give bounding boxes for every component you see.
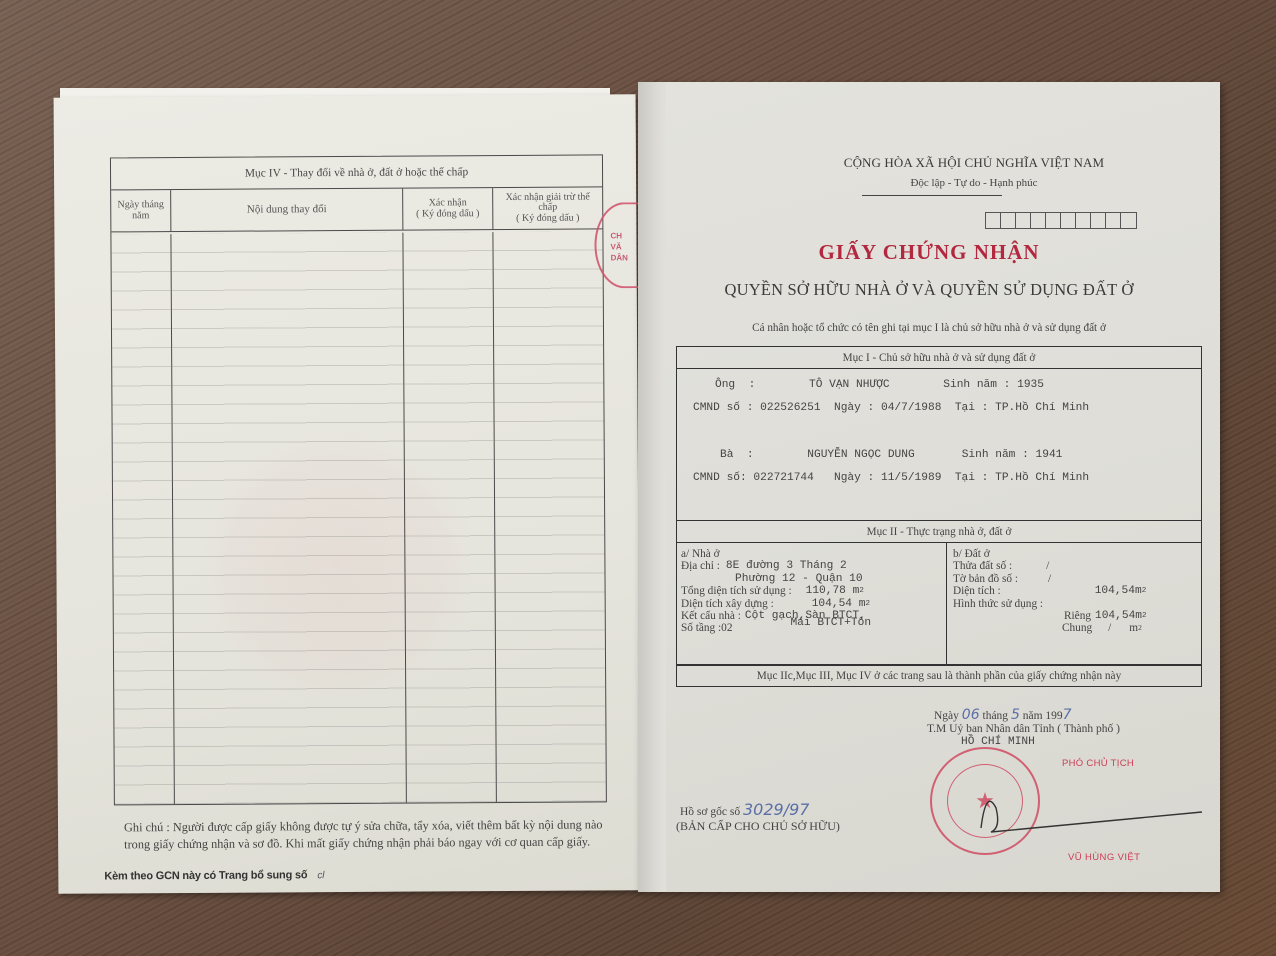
certificate-title: GIẤY CHỨNG NHẬN [638,240,1220,265]
col-date-header: Ngày thángnăm [111,190,171,231]
date-column [111,234,174,804]
certificate-subtitle: QUYỀN SỞ HỮU NHÀ Ở VÀ QUYỀN SỬ DỤNG ĐẤT … [638,280,1220,300]
col-confirm-header: Xác nhận( Ký đóng dấu ) [403,188,493,230]
owner2-id-row: CMND số: 022721744 Ngày : 11/5/1989 Tại … [693,472,1089,484]
signer-position: PHÓ CHỦ TỊCH [1062,758,1134,769]
confirm-column [403,232,496,803]
content-column [171,233,406,804]
col-mortgage-release-header: Xác nhận giải trừ thế chấp( Ký đóng dấu … [493,187,602,229]
dossier-number: Hồ sơ gốc số 3029/97 [680,800,809,819]
issuer-authority: T.M Uỷ ban Nhân dân Tỉnh ( Thành phố ) [927,723,1120,735]
section4-header-row: Ngày thángnăm Nội dung thay đổi Xác nhận… [111,187,602,232]
owner1-name-row: Ông : TÔ VẠN NHƯỢC Sinh năm : 1935 [715,379,1044,391]
section1-title: Mục I - Chủ sở hữu nhà ở và sử dụng đất … [677,347,1201,369]
section2-property-box: Mục II - Thực trạng nhà ở, đất ở a/ Nhà … [676,520,1202,665]
section2-title: Mục II - Thực trạng nhà ở, đất ở [677,521,1201,543]
usage-form-field: Hình thức sử dụng : [953,598,1201,610]
certificate-description: Cá nhân hoặc tổ chức có tên ghi tại mục … [638,322,1220,334]
section-footer-note: Mục IIc,Mục III, Mục IV ở các trang sau … [676,665,1202,687]
attachment-note: Kèm theo GCN này có Trang bổ sung sốcl [104,869,324,882]
floors-field: Số tầng :02Mái BTCT+Tôn [681,622,946,634]
address-field: Địa chỉ :8E đường 3 Tháng 2 [681,560,946,572]
build-area-field: Diện tích xây dựng :104,54 m2 [681,598,946,610]
issuer-city: HỒ CHÍ MINH [961,736,1035,748]
owner1-id-row: CMND số : 022526251 Ngày : 04/7/1988 Tại… [693,402,1089,414]
national-header: CỘNG HÒA XÃ HỘI CHỦ NGHĨA VIỆT NAM [638,155,1220,171]
private-usage-field: Riêng104,54m2 [953,610,1201,622]
issue-month: 5 [1011,707,1020,723]
national-motto: Độc lập - Tự do - Hạnh phúc [638,177,1220,189]
signature-mark [976,798,1206,838]
col-content-header: Nội dung thay đổi [171,189,403,231]
book-spine [638,82,666,892]
right-page-certificate: CỘNG HÒA XÃ HỘI CHỦ NGHĨA VIỆT NAM Độc l… [638,82,1220,892]
copy-designation: (BẢN CẤP CHO CHỦ SỞ HỮU) [676,819,840,834]
section1-owners-box: Mục I - Chủ sở hữu nhà ở và sử dụng đất … [676,346,1202,521]
left-page: Mục IV - Thay đổi về nhà ở, đất ở hoặc t… [54,94,641,894]
issue-day: 06 [962,707,980,723]
plot-number-field: Thửa đất số :/ [953,560,1201,572]
issue-date: Ngày 06 tháng 5 năm 1997 [934,707,1072,723]
issue-year-digit: 7 [1063,707,1072,723]
mortgage-release-column [493,231,605,802]
owner2-name-row: Bà : NGUYỄN NGỌC DUNG Sinh năm : 1941 [720,449,1062,461]
signer-name: VŨ HÙNG VIỆT [1068,852,1140,863]
shared-usage-field: Chung/m2 [953,622,1201,634]
map-sheet-field: Tờ bản đồ số :/ [953,573,1201,585]
section2-grid: a/ Nhà ở Địa chỉ :8E đường 3 Tháng 2 Phư… [677,543,1201,665]
section4-title: Mục IV - Thay đổi về nhà ở, đất ở hoặc t… [111,155,602,190]
land-area-field: Diện tích :104,54m2 [953,585,1201,597]
attachment-handwriting: cl [317,870,324,881]
house-details: a/ Nhà ở Địa chỉ :8E đường 3 Tháng 2 Phư… [677,543,947,665]
note-text: Ghi chú : Người được cấp giấy không được… [124,816,614,853]
serial-number-boxes [985,212,1137,229]
section4-body [111,231,605,804]
motto-underline [862,195,1002,196]
section4-changes-table: Mục IV - Thay đổi về nhà ở, đất ở hoặc t… [110,154,607,805]
land-details: b/ Đất ở Thửa đất số :/ Tờ bản đồ số :/ … [947,543,1201,665]
total-area-field: Tổng diện tích sử dụng :110,78 m2 [681,585,946,597]
